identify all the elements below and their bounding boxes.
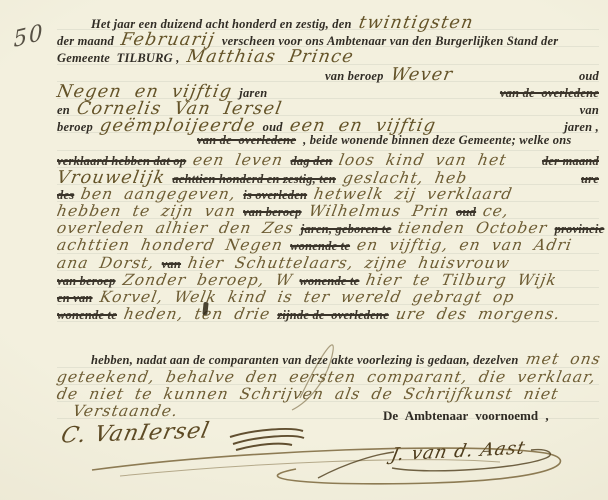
- handwritten-text: ce,: [482, 202, 511, 220]
- printed-text: beroep: [57, 120, 93, 135]
- handwritten-text: en vijftig, en van Adri: [355, 236, 573, 254]
- struck-printed-text: wonende te: [299, 274, 359, 289]
- handwritten-text: achttien honderd Negen: [55, 236, 284, 254]
- struck-printed-text: der maand: [542, 154, 599, 169]
- document-line: enCornelis Van Ierselvan: [57, 99, 599, 116]
- handwritten-text: ben aangegeven,: [80, 185, 238, 203]
- document-line: verklaard hebben dat opeen levendag denl…: [57, 151, 599, 168]
- struck-printed-text: wonende te: [290, 239, 350, 254]
- printed-text: Gemeente TILBURG ,: [57, 51, 180, 66]
- struck-printed-text: zijnde de overledene: [277, 308, 388, 323]
- struck-printed-text: des: [57, 188, 74, 203]
- struck-printed-text: verklaard hebben dat op: [57, 154, 186, 169]
- struck-printed-text: wonende te: [57, 308, 117, 323]
- document-line: overleden alhier den Zesjaren, geboren t…: [57, 219, 599, 236]
- handwritten-text: de niet te kunnen Schrijven als de Schri…: [55, 385, 560, 403]
- struck-printed-text: ure: [581, 172, 599, 187]
- handwritten-text: hier te Tilburg Wijk: [365, 271, 559, 289]
- printed-text: oud: [579, 69, 599, 84]
- handwritten-text: Verstaande.: [71, 402, 179, 420]
- printed-text: der maand: [57, 34, 114, 49]
- handwritten-text: tienden October: [397, 219, 549, 237]
- akte-number: 50: [13, 20, 45, 53]
- handwritten-text: geslacht, heb: [341, 169, 469, 187]
- struck-printed-text: van de overledene: [500, 86, 599, 101]
- document-line: Negen en vijftigjarenvan de overledene: [57, 82, 599, 99]
- handwritten-entry: Matthias Prince: [185, 47, 355, 67]
- handwritten-entry: geëmploijeerde: [98, 116, 257, 136]
- handwritten-text: Korvel, Welk kind is ter wereld gebragt …: [98, 288, 516, 306]
- printed-text: en: [57, 103, 70, 118]
- document-line: van beroepZonder beroep, Wwonende tehier…: [57, 271, 599, 288]
- handwritten-text: hetwelk zij verklaard: [313, 185, 515, 203]
- struck-printed-text: is overleden: [243, 188, 307, 203]
- document-line: der maandFebruarijverscheen voor ons Amb…: [57, 30, 599, 47]
- struck-printed-text: dag den: [290, 154, 332, 169]
- document-line: beroepgeëmploijeerdeoudeen en vijftigjar…: [57, 116, 599, 133]
- document-body: Het jaar een duizend acht honderd en zes…: [57, 13, 599, 419]
- handwritten-entry: Wever: [389, 65, 455, 85]
- struck-printed-text: jaren, geboren te: [301, 222, 392, 237]
- handwritten-text: Zonder beroep, W: [121, 271, 294, 289]
- struck-printed-text: van beroep: [57, 274, 116, 289]
- declarant-signature-scribble: [230, 429, 304, 450]
- struck-printed-text: van beroep: [243, 205, 302, 220]
- handwritten-text: geteekend, behalve den eersten comparant…: [55, 368, 597, 386]
- document-line: hebben te zijn vanvan beroepWilhelmus Pr…: [57, 202, 599, 219]
- declarant-signature: C. VanIersel: [59, 418, 212, 448]
- document-line: Vrouwelijkachttien honderd en zestig, te…: [57, 168, 599, 185]
- handwritten-text: ure des morgens.: [394, 305, 562, 323]
- document-line: en vanKorvel, Welk kind is ter wereld ge…: [57, 288, 599, 305]
- printed-text: van beroep: [325, 69, 384, 84]
- document-line: geteekend, behalve den eersten comparant…: [57, 368, 599, 385]
- document-line: wonende teheden, ten driezijnde de overl…: [57, 305, 599, 322]
- handwritten-text: met ons: [524, 350, 602, 368]
- document-line: de niet te kunnen Schrijven als de Schri…: [57, 385, 599, 402]
- handwritten-text: een leven: [192, 151, 285, 169]
- struck-printed-text: van: [162, 257, 181, 272]
- document-line: Het jaar een duizend acht honderd en zes…: [57, 13, 599, 30]
- document-line: hebben, nadat aan de comparanten van dez…: [57, 350, 599, 367]
- handwritten-text: hier Schuttelaars, zijne huisvrouw: [186, 254, 511, 272]
- printed-text: hebben, nadat aan de comparanten van dez…: [91, 353, 519, 368]
- document-line: ana Dorst,vanhier Schuttelaars, zijne hu…: [57, 254, 599, 271]
- printed-text: van: [580, 103, 599, 118]
- document-line: achttien honderd Negenwonende teen vijft…: [57, 236, 599, 253]
- document-scan: 50 Het jaar een duizend acht honderd en …: [0, 0, 608, 500]
- struck-printed-text: en van: [57, 291, 93, 306]
- handwritten-text: ana Dorst,: [55, 254, 156, 272]
- struck-printed-text: provincie: [555, 222, 605, 237]
- document-line: desben aangegeven,is overledenhetwelk zi…: [57, 185, 599, 202]
- struck-printed-text: oud: [456, 205, 476, 220]
- handwritten-text: loos kind van het: [338, 151, 509, 169]
- handwritten-entry: een en vijftig: [288, 116, 438, 136]
- handwritten-entry: twintigsten: [357, 13, 475, 33]
- handwritten-text: hebben te zijn van: [55, 202, 237, 220]
- document-line: van beroepWeveroud: [57, 65, 599, 82]
- handwritten-text: heden, ten drie: [122, 305, 272, 323]
- official-title-label: De Ambtenaar voornoemd ,: [383, 408, 549, 424]
- handwritten-text: overleden alhier den Zes: [55, 219, 295, 237]
- handwritten-text: Wilhelmus Prin: [307, 202, 451, 220]
- official-signature: J. van d. Aast: [389, 438, 527, 466]
